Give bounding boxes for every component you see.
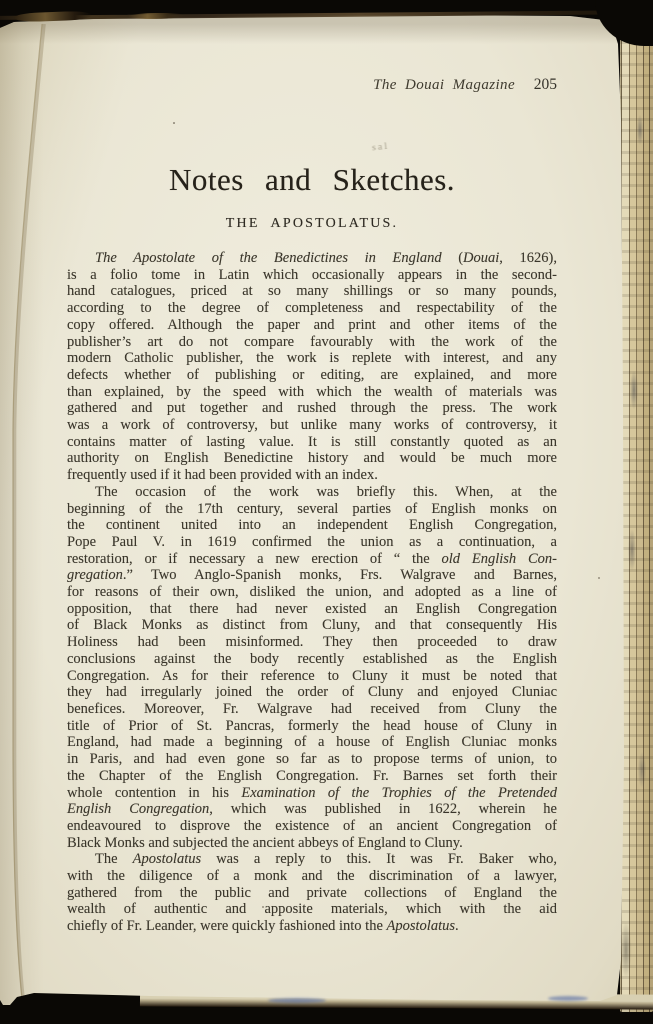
text-line: the continent united into an independent… bbox=[67, 517, 557, 534]
text-line: title of Prior of St. Pancras, formerly … bbox=[67, 718, 557, 735]
section-heading: THE APOSTOLATUS. bbox=[67, 216, 557, 232]
article-title: Notes and Sketches. bbox=[67, 162, 557, 198]
text-line: is a folio tome in Latin which occasiona… bbox=[67, 267, 557, 284]
text-line: of Black Monks as distinct from Cluny, a… bbox=[67, 617, 557, 634]
text-line: England, had made a beginning of a house… bbox=[67, 734, 557, 751]
text-line: The Apostolatus was a reply to this. It … bbox=[67, 851, 557, 868]
paragraph: The Apostolatus was a reply to this. It … bbox=[67, 851, 557, 935]
text-line: they had irregularly joined the order of… bbox=[67, 684, 557, 701]
text-line: publisher’s art do not compare favourabl… bbox=[67, 334, 557, 351]
printed-content: The Douai Magazine 205 sal Notes and Ske… bbox=[67, 0, 557, 1024]
text-line: opposition, that there had never existed… bbox=[67, 601, 557, 618]
magazine-title: The Douai Magazine bbox=[373, 77, 515, 93]
text-line: gathered and put together and rushed thr… bbox=[67, 400, 557, 417]
text-line: according to the degree of completeness … bbox=[67, 300, 557, 317]
text-line: the Chapter of the English Congregation.… bbox=[67, 768, 557, 785]
text-line: chiefly of Fr. Leander, were quickly fas… bbox=[67, 918, 557, 935]
text-line: gathered from the public and private col… bbox=[67, 885, 557, 902]
ink-smudge bbox=[548, 996, 588, 1001]
text-line: Holiness had been misinformed. They then… bbox=[67, 634, 557, 651]
text-line: defects whether of publishing or editing… bbox=[67, 367, 557, 384]
text-line: in Paris, and had even gone so far as to… bbox=[67, 751, 557, 768]
book-photo: The Douai Magazine 205 sal Notes and Ske… bbox=[0, 0, 653, 1024]
running-header: The Douai Magazine 205 bbox=[67, 76, 557, 94]
text-line: with the diligence of a monk and the dis… bbox=[67, 868, 557, 885]
paragraph: The Apostolate of the Benedictines in En… bbox=[67, 250, 557, 484]
text-line: was a work of controversy, but unlike ma… bbox=[67, 417, 557, 434]
text-line: authority on English Benedictine history… bbox=[67, 450, 557, 467]
book-page: The Douai Magazine 205 sal Notes and Ske… bbox=[0, 0, 653, 1024]
text-line: copy offered. Although the paper and pri… bbox=[67, 317, 557, 334]
text-line: beginning of the 17th century, several p… bbox=[67, 501, 557, 518]
text-line: frequently used if it had been provided … bbox=[67, 467, 557, 484]
text-line: benefices. Moreover, Fr. Walgrave had re… bbox=[67, 701, 557, 718]
text-line: for reasons of their own, disliked the u… bbox=[67, 584, 557, 601]
paper-speck bbox=[598, 577, 600, 579]
text-line: restoration, or if necessary a new erect… bbox=[67, 551, 557, 568]
ink-smudge bbox=[268, 998, 326, 1003]
text-line: English Congregation, which was publishe… bbox=[67, 801, 557, 818]
pencil-smudge: sal bbox=[372, 142, 390, 154]
text-line: gregation.” Two Anglo-Spanish monks, Frs… bbox=[67, 567, 557, 584]
article-body: The Apostolate of the Benedictines in En… bbox=[67, 250, 557, 935]
text-line: hand catalogues, priced at so many shill… bbox=[67, 283, 557, 300]
text-line: conclusions against the body recently es… bbox=[67, 651, 557, 668]
text-line: Black Monks and subjected the ancient ab… bbox=[67, 835, 557, 852]
text-line: Congregation. As for their reference to … bbox=[67, 668, 557, 685]
text-line: endeavoured to disprove the existence of… bbox=[67, 818, 557, 835]
paragraph: The occasion of the work was briefly thi… bbox=[67, 484, 557, 851]
text-line: The occasion of the work was briefly thi… bbox=[67, 484, 557, 501]
gutter-shadow bbox=[0, 20, 56, 1005]
text-line: modern Catholic publisher, the work is r… bbox=[67, 350, 557, 367]
text-line: The Apostolate of the Benedictines in En… bbox=[67, 250, 557, 267]
text-line: whole contention in his Examination of t… bbox=[67, 785, 557, 802]
page-stack-edges bbox=[620, 10, 653, 1012]
text-line: than explained, by the speed with which … bbox=[67, 384, 557, 401]
text-line: contains matter of lasting value. It is … bbox=[67, 434, 557, 451]
text-line: wealth of authentic and apposite materia… bbox=[67, 901, 557, 918]
page-number: 205 bbox=[534, 76, 557, 93]
text-line: Pope Paul V. in 1619 confirmed the union… bbox=[67, 534, 557, 551]
